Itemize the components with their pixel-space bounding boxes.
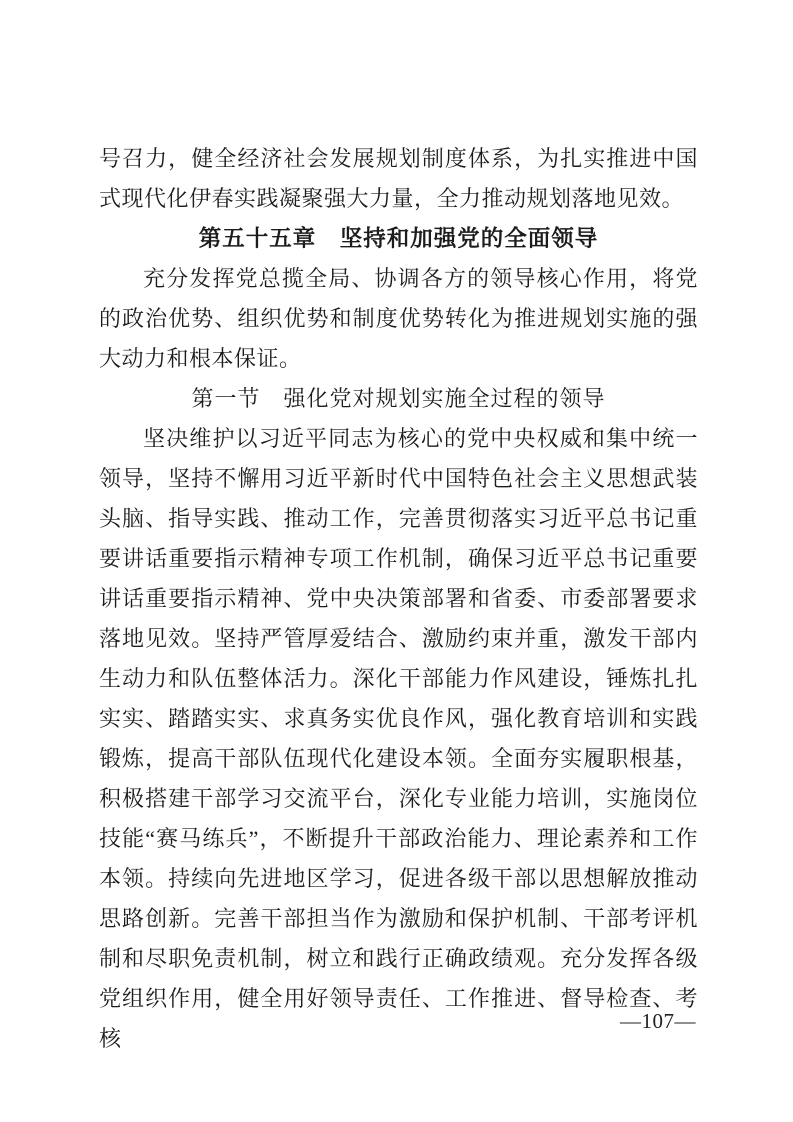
- document-page: 号召力，健全经济社会发展规划制度体系，为扎实推进中国式现代化伊春实践凝聚强大力量…: [0, 0, 793, 1122]
- chapter-heading: 第五十五章 坚持和加强党的全面领导: [99, 219, 698, 259]
- page-body: 号召力，健全经济社会发展规划制度体系，为扎实推进中国式现代化伊春实践凝聚强大力量…: [99, 139, 698, 1059]
- section-heading: 第一节 强化党对规划实施全过程的领导: [99, 379, 698, 419]
- page-number: —107—: [620, 1006, 696, 1036]
- continuation-paragraph: 号召力，健全经济社会发展规划制度体系，为扎实推进中国式现代化伊春实践凝聚强大力量…: [99, 139, 698, 219]
- section-body-paragraph: 坚决维护以习近平同志为核心的党中央权威和集中统一领导，坚持不懈用习近平新时代中国…: [99, 419, 698, 1059]
- chapter-intro-paragraph: 充分发挥党总揽全局、协调各方的领导核心作用，将党的政治优势、组织优势和制度优势转…: [99, 259, 698, 379]
